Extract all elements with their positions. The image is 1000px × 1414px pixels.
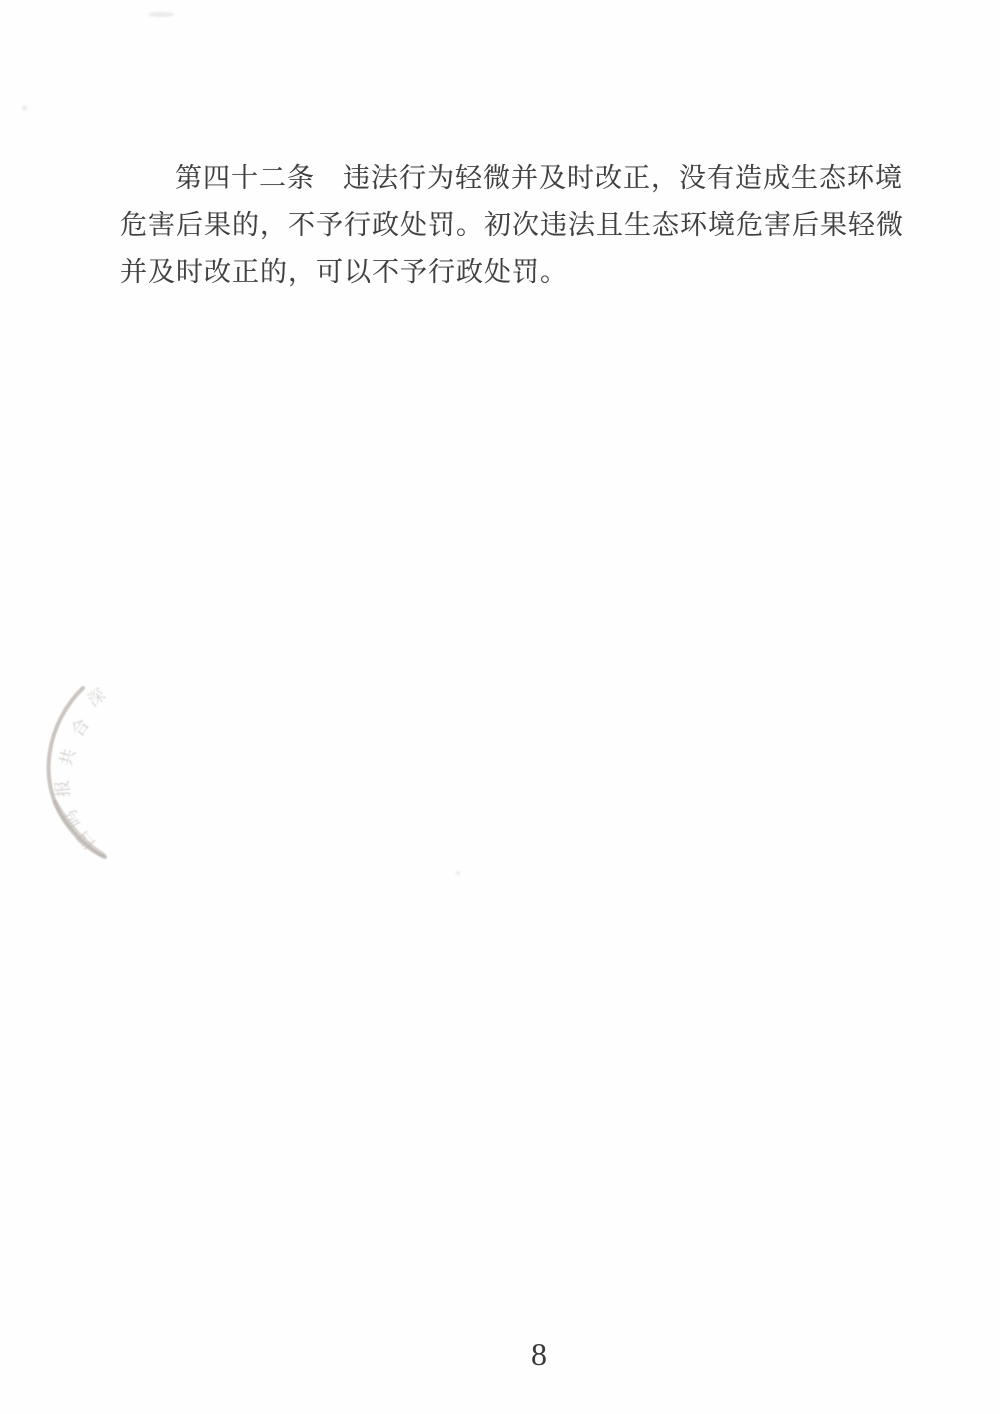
seal-glyph: 合 [68,715,93,740]
seal-glyph: 共 [56,747,79,768]
scan-artifact [456,871,460,875]
document-page: 第四十二条 违法行为轻微并及时改正，没有造成生态环境 危害后果的，不予行政处罚。… [0,0,1000,1414]
seal-glyph: 吗 [61,807,85,830]
scan-artifact [22,106,27,110]
seal-glyph: 深 [84,685,109,710]
seal-glyph: 报 [53,779,73,798]
paragraph-line-1: 第四十二条 违法行为轻微并及时改正，没有造成生态环境 [120,155,890,202]
scan-artifact [148,12,174,17]
article-paragraph: 第四十二条 违法行为轻微并及时改正，没有造成生态环境 危害后果的，不予行政处罚。… [120,155,890,296]
page-number: 8 [0,1336,1000,1373]
seal-stamp: 深 合 共 报 吗 四 [15,672,155,877]
paragraph-line-2: 危害后果的，不予行政处罚。初次违法且生态环境危害后果轻微 [120,202,890,249]
paragraph-line-3: 并及时改正的，可以不予行政处罚。 [120,249,890,296]
